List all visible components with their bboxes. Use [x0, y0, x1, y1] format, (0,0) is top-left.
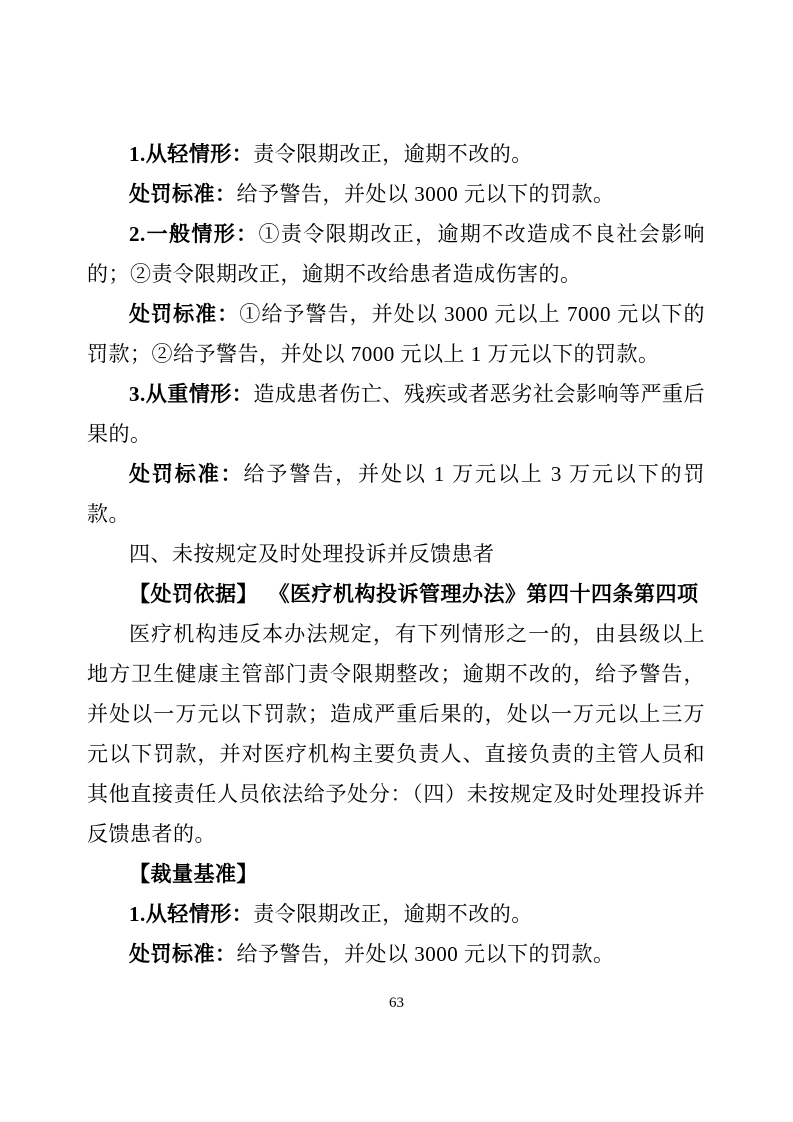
clause-label: 2.一般情形： — [129, 222, 258, 246]
penalty-basis-heading: 【处罚依据】《医疗机构投诉管理办法》第四十四条第四项 — [87, 574, 705, 614]
clause-label: 处罚标准： — [129, 462, 244, 486]
penalty-standard-4: 处罚标准：给予警告，并处以 3000 元以下的罚款。 — [87, 934, 705, 974]
clause-text: 给予警告，并处以 3000 元以下的罚款。 — [237, 182, 615, 206]
discretion-benchmark-label: 【裁量基准】 — [129, 862, 258, 886]
clause-text: 责令限期改正，逾期不改的。 — [253, 142, 533, 166]
section-heading-item-four: 四、未按规定及时处理投诉并反馈患者 — [87, 534, 705, 574]
clause-light-circumstance-1: 1.从轻情形：责令限期改正，逾期不改的。 — [87, 134, 705, 174]
discretion-benchmark-heading: 【裁量基准】 — [87, 854, 705, 894]
section-heading-text: 四、未按规定及时处理投诉并反馈患者 — [129, 542, 495, 566]
clause-text: 给予警告，并处以 3000 元以下的罚款。 — [237, 942, 615, 966]
penalty-standard-3: 处罚标准：给予警告，并处以 1 万元以上 3 万元以下的罚款。 — [87, 454, 705, 534]
law-quotation-paragraph: 医疗机构违反本办法规定，有下列情形之一的，由县级以上地方卫生健康主管部门责令限期… — [87, 614, 705, 854]
penalty-standard-2: 处罚标准：①给予警告，并处以 3000 元以上 7000 元以下的罚款；②给予警… — [87, 294, 705, 374]
clause-general-circumstance: 2.一般情形：①责令限期改正，逾期不改造成不良社会影响的；②责令限期改正，逾期不… — [87, 214, 705, 294]
penalty-basis-citation: 《医疗机构投诉管理办法》第四十四条第四项 — [279, 582, 699, 606]
document-page: 1.从轻情形：责令限期改正，逾期不改的。 处罚标准：给予警告，并处以 3000 … — [0, 0, 793, 1122]
clause-light-circumstance-2: 1.从轻情形：责令限期改正，逾期不改的。 — [87, 894, 705, 934]
clause-label: 处罚标准： — [129, 182, 237, 206]
clause-severe-circumstance: 3.从重情形：造成患者伤亡、残疾或者恶劣社会影响等严重后果的。 — [87, 374, 705, 454]
law-quotation-text: 医疗机构违反本办法规定，有下列情形之一的，由县级以上地方卫生健康主管部门责令限期… — [87, 622, 705, 846]
page-number: 63 — [0, 993, 793, 1013]
clause-label: 1.从轻情形： — [129, 142, 253, 166]
penalty-standard-1: 处罚标准：给予警告，并处以 3000 元以下的罚款。 — [87, 174, 705, 214]
clause-label: 3.从重情形： — [129, 382, 253, 406]
clause-label: 1.从轻情形： — [129, 902, 253, 926]
clause-label: 处罚标准： — [129, 302, 239, 326]
clause-text: 责令限期改正，逾期不改的。 — [253, 902, 533, 926]
clause-label: 处罚标准： — [129, 942, 237, 966]
penalty-basis-label: 【处罚依据】 — [129, 582, 258, 606]
